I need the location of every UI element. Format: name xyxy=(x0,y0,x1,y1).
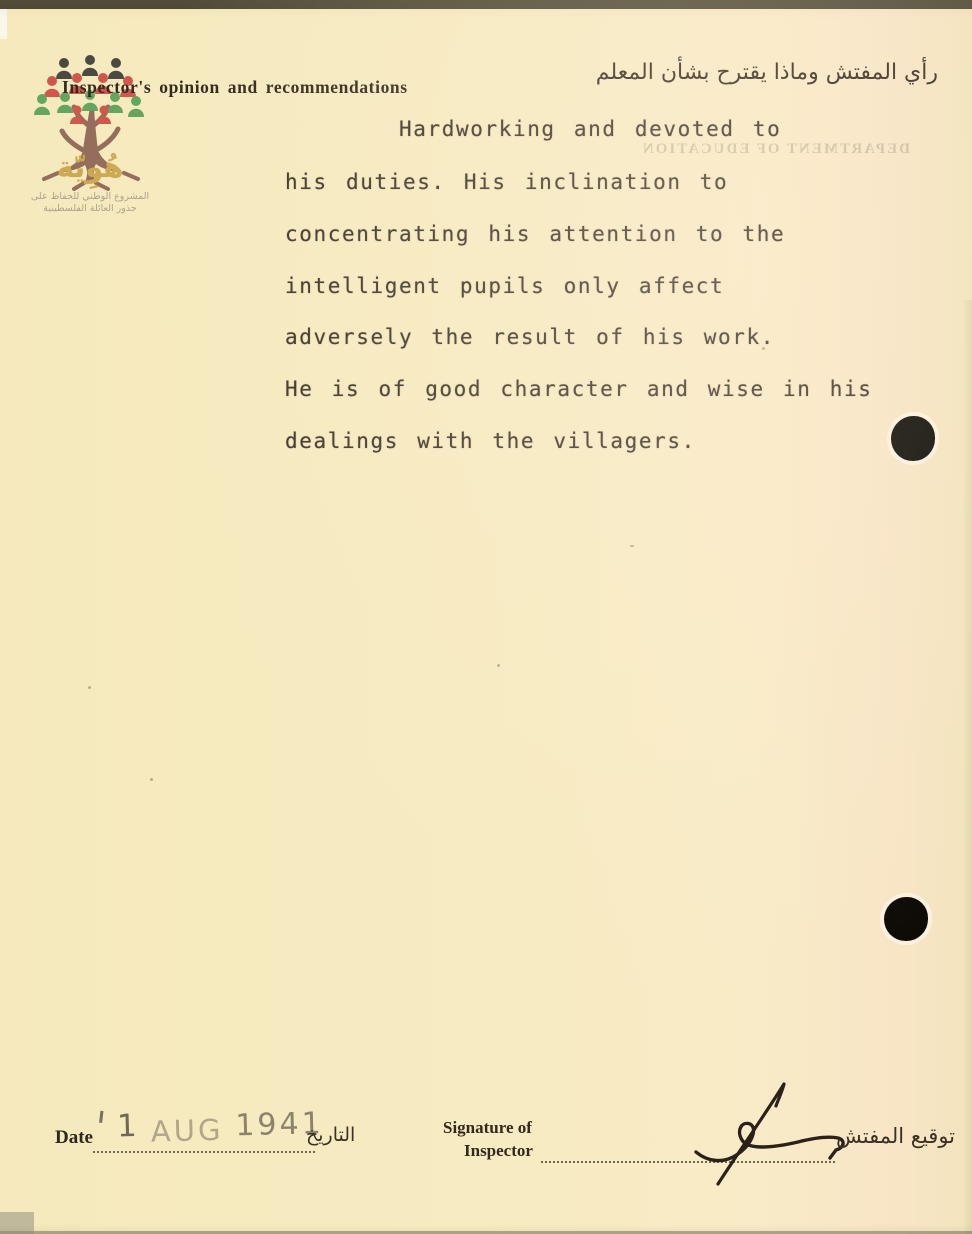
report-line: dealings with the villagers. xyxy=(285,429,696,453)
scanned-document-page: هُوِيّة المشروع الوطني للحفاظ على جذور ا… xyxy=(0,0,972,1234)
paper-speck xyxy=(88,686,91,689)
scan-edge-right xyxy=(962,300,972,1234)
scan-edge-top xyxy=(0,0,972,9)
logo-subtitle: المشروع الوطني للحفاظ على جذور العائلة ا… xyxy=(24,191,156,215)
scan-corner-patch xyxy=(0,1212,34,1234)
report-line: He is of good character and wise in his xyxy=(285,377,872,401)
header-title-en: Inspector's opinion and recommendations xyxy=(62,77,408,98)
date-label-ar: التاريخ xyxy=(306,1124,355,1146)
paper-speck xyxy=(497,664,500,667)
date-label-en: Date xyxy=(55,1127,93,1149)
scan-edge-notch xyxy=(0,9,7,39)
logo-subtitle-line1: المشروع الوطني للحفاظ على xyxy=(31,191,149,202)
hole-punch-bottom xyxy=(884,897,928,941)
signature-mark xyxy=(686,1078,861,1188)
logo-wordmark: هُوِيّة xyxy=(30,150,150,184)
bleedthrough-text: DEPARTMENT OF EDUCATION xyxy=(650,141,910,158)
report-line: intelligent pupils only affect xyxy=(285,274,724,298)
logo-subtitle-line2: جذور العائلة الفلسطينية xyxy=(43,203,136,214)
report-line: his duties. His inclination to xyxy=(285,170,728,194)
paper-speck xyxy=(150,778,153,781)
hole-punch-top xyxy=(891,416,935,461)
report-line: concentrating his attention to the xyxy=(285,222,785,246)
report-line: adversely the result of his work. xyxy=(285,325,775,349)
report-line: Hardworking and devoted to xyxy=(399,117,781,141)
stamp-month: AUG xyxy=(150,1113,223,1149)
stamp-day: 1 xyxy=(117,1108,140,1145)
header-title-ar: رأي المفتش وماذا يقترح بشأن المعلم xyxy=(596,60,938,85)
date-dotted-line xyxy=(93,1150,315,1153)
date-stamp: 1AUG1941 xyxy=(100,1103,325,1145)
signature-label-line2: Inspector xyxy=(464,1141,533,1161)
signature-label-ar: توقيع المفتش xyxy=(836,1124,955,1148)
signature-label-line1: Signature of xyxy=(443,1118,532,1138)
stamp-tick-mark xyxy=(99,1111,103,1123)
paper-speck xyxy=(762,347,765,350)
paper-speck xyxy=(630,545,634,547)
